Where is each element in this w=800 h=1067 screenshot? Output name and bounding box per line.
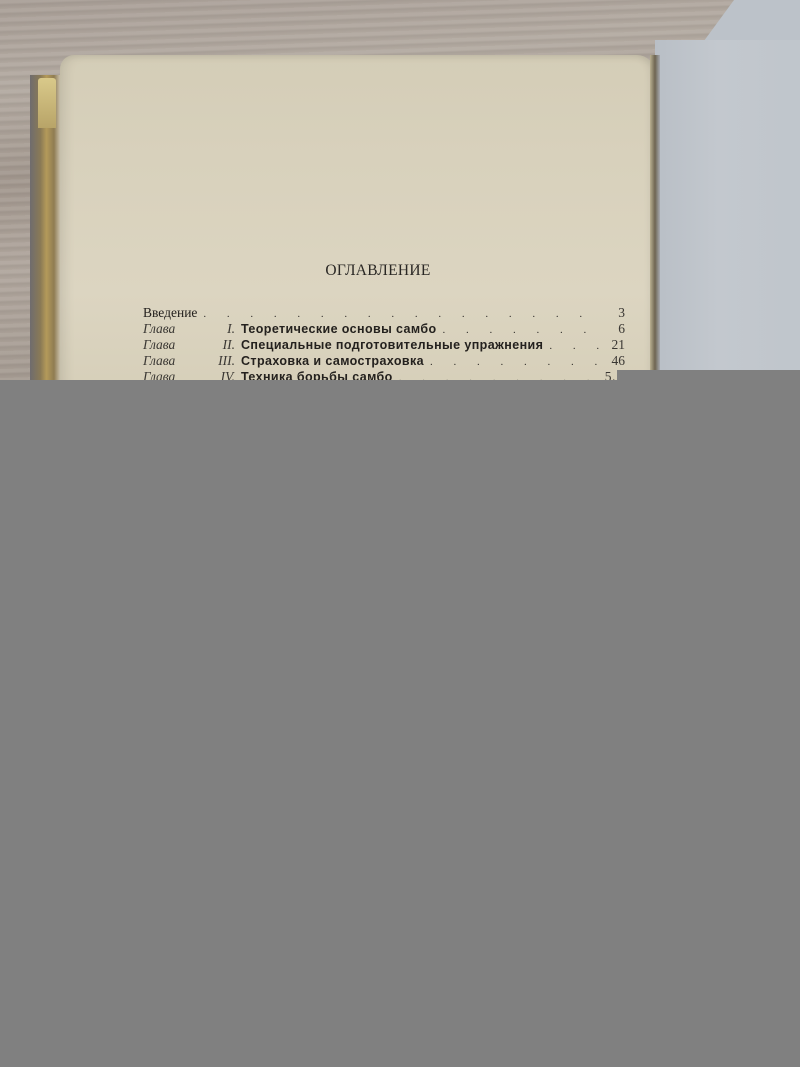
toc-entry-chapter-3: Глава III. Страховка и самостраховка . .… <box>143 353 625 369</box>
toc-page-number: 6 <box>603 321 625 337</box>
book-gutter <box>650 55 660 380</box>
toc-leader-dots: . . . . . . . . . . . . . . . . . . . . … <box>197 306 603 322</box>
toc-entry-intro: Введение . . . . . . . . . . . . . . . .… <box>143 305 625 321</box>
toc-chapter-number: I. <box>195 321 241 337</box>
toc-leader-dots: . . . . . . . . . . . . . . . <box>424 354 603 370</box>
toc-chapter-title: Техника борьбы самбо <box>241 369 393 380</box>
toc-leader-dots: . . . . . . . . . . . . . . <box>437 322 603 338</box>
facing-page <box>655 40 800 380</box>
spine-tape <box>38 78 56 128</box>
toc-chapter-title: Теоретические основы самбо <box>241 321 437 337</box>
toc-entry-chapter-1: Глава I. Теоретические основы самбо . . … <box>143 321 625 337</box>
toc-page-number: 46 <box>603 353 625 369</box>
toc-leader-dots: . . . . . . . . . . . . . . . . <box>393 370 603 380</box>
toc-leader-dots: . . . . <box>543 338 603 354</box>
toc-entry-chapter-2: Глава II. Специальные подготовительные у… <box>143 337 625 353</box>
toc-chapter-title: Специальные подготовительные упражнения <box>241 337 543 353</box>
toc-title: ОГЛАВЛЕНИЕ <box>313 262 443 281</box>
toc-page-number: 3 <box>603 305 625 321</box>
table-of-contents: Введение . . . . . . . . . . . . . . . .… <box>143 305 625 380</box>
toc-entry-label: Введение <box>143 305 197 321</box>
toc-entry-label: Глава <box>143 353 195 369</box>
toc-chapter-title: Страховка и самостраховка <box>241 353 424 369</box>
toc-entry-label: Глава <box>143 321 195 337</box>
toc-chapter-number: III. <box>195 353 241 369</box>
toc-chapter-number: II. <box>195 337 241 353</box>
toc-entry-chapter-4: Глава IV. Техника борьбы самбо . . . . .… <box>143 369 625 380</box>
toc-entry-label: Глава <box>143 369 195 380</box>
toc-page-number: 21 <box>603 337 625 353</box>
gray-mask <box>0 380 800 1067</box>
toc-chapter-number: IV. <box>195 369 241 380</box>
book-photo: ОГЛАВЛЕНИЕ Введение . . . . . . . . . . … <box>0 0 800 380</box>
toc-entry-label: Глава <box>143 337 195 353</box>
